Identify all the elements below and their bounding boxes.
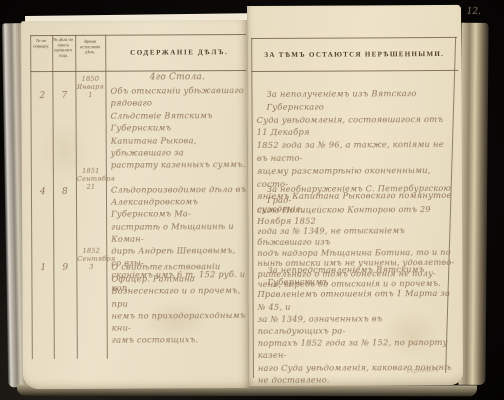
row1-date-year: 1850 (76, 75, 104, 83)
column-header-prev-case: № дѣла по описи прошлаго года. (50, 37, 75, 58)
scanned-ledger-photo: № по порядку. № дѣла по описи прошлаго г… (0, 0, 504, 400)
handwritten-line: портахъ 1852 года за № 152, по рапорту к… (258, 336, 454, 361)
handwritten-line: За неполученіемъ изъ Вятскаго Губернскаг… (256, 87, 452, 114)
open-book: № по порядку. № дѣла по описи прошлаго г… (0, 0, 504, 400)
row2-date: 1851 Сентября 21 (77, 167, 105, 192)
handwritten-line: Слѣдствіе Вятскимъ Губернскимъ (111, 109, 247, 135)
handwritten-line: За необнаруженіемъ С. Петербургскою Град… (257, 183, 455, 205)
clerk-signature: скрѣпилъ (407, 366, 439, 374)
row3-date-month: Сентября (77, 255, 105, 263)
handwritten-line: О свидѣтельствованіи Офицер. Ратмана (111, 260, 247, 285)
handwritten-line: гамъ состоящихъ. (112, 333, 248, 346)
row2-case-no: 8 (58, 187, 72, 197)
row3-date: 1852 Сентября 3 (77, 247, 105, 272)
row3-order-no: 1 (36, 263, 50, 273)
handwritten-line: За непредставленіемъ Вятскимъ Губернским… (257, 263, 453, 288)
row1-case-summary: Объ отысканіи убѣжавшаго рядовагоСлѣдств… (110, 84, 246, 172)
handwritten-line: Объ отысканіи убѣжавшаго рядоваго (110, 84, 246, 110)
column-header-received: Время вступленія дѣлъ. (76, 39, 104, 55)
row1-date-month: Января (76, 83, 104, 91)
handwritten-line: Суда увѣдомленія, состоявшагося отъ 11 Д… (257, 113, 453, 140)
handwritten-line: 1852 года за № 96, а также, копіями не в… (257, 138, 453, 165)
row1-order-no: 2 (35, 91, 49, 101)
handwritten-line: Капитана Рыкова, убѣжавшаго за (111, 134, 247, 160)
row2-date-day: 21 (77, 183, 105, 191)
right-page-title: ЗА ТѢМЪ ОСТАЮТСЯ НЕРѢШЕННЫМИ. (261, 50, 447, 59)
left-page-title: СОДЕРЖАНІЕ ДѢЛЪ. (109, 48, 249, 57)
row3-case-no: 9 (58, 263, 72, 273)
row1-date: 1850 Января 1 (76, 75, 104, 100)
row2-date-year: 1851 (77, 167, 105, 175)
row1-case-no: 7 (57, 91, 71, 101)
row2-date-month: Сентября (77, 175, 105, 183)
row3-date-day: 3 (77, 263, 105, 271)
column-header-order: № по порядку. (30, 38, 52, 49)
row3-case-summary: О свидѣтельствованіи Офицер. РатманаВозн… (111, 260, 247, 346)
page-number: 12. (449, 7, 481, 17)
row1-section-heading: 4го Стола. (111, 72, 243, 83)
row1-date-day: 1 (76, 91, 104, 99)
page-block-edge-right (458, 23, 488, 385)
handwritten-line: Слѣдопроизводимое дѣло въ (111, 183, 247, 196)
handwritten-line: Вознесенскаго и о прочемъ, при (111, 284, 247, 309)
handwritten-line: Правленіемъ отношенія отъ 1 Марта за № 4… (257, 287, 453, 312)
handwritten-line: немъ по приходорасходнымъ кни- (112, 309, 248, 334)
handwritten-line: за № 1349, означенныхъ въ послѣдующихъ р… (258, 312, 454, 337)
handwritten-line: года за № 1349, не отысканіемъ бѣжавшаго… (257, 225, 455, 247)
row3-date-year: 1852 (77, 247, 105, 255)
handwritten-line: растрату казенныхъ суммъ. (111, 158, 247, 171)
handwritten-line: Александровскомъ Губернскомъ Ма- (111, 195, 247, 220)
row2-order-no: 4 (36, 187, 50, 197)
handwritten-line: гистратѣ о Мѣщанинѣ и Коман- (111, 220, 247, 245)
handwritten-line: скою Полицейскою Конторою отъ 29 Ноября … (257, 204, 455, 226)
handwritten-line: не доставлено. (258, 373, 454, 386)
